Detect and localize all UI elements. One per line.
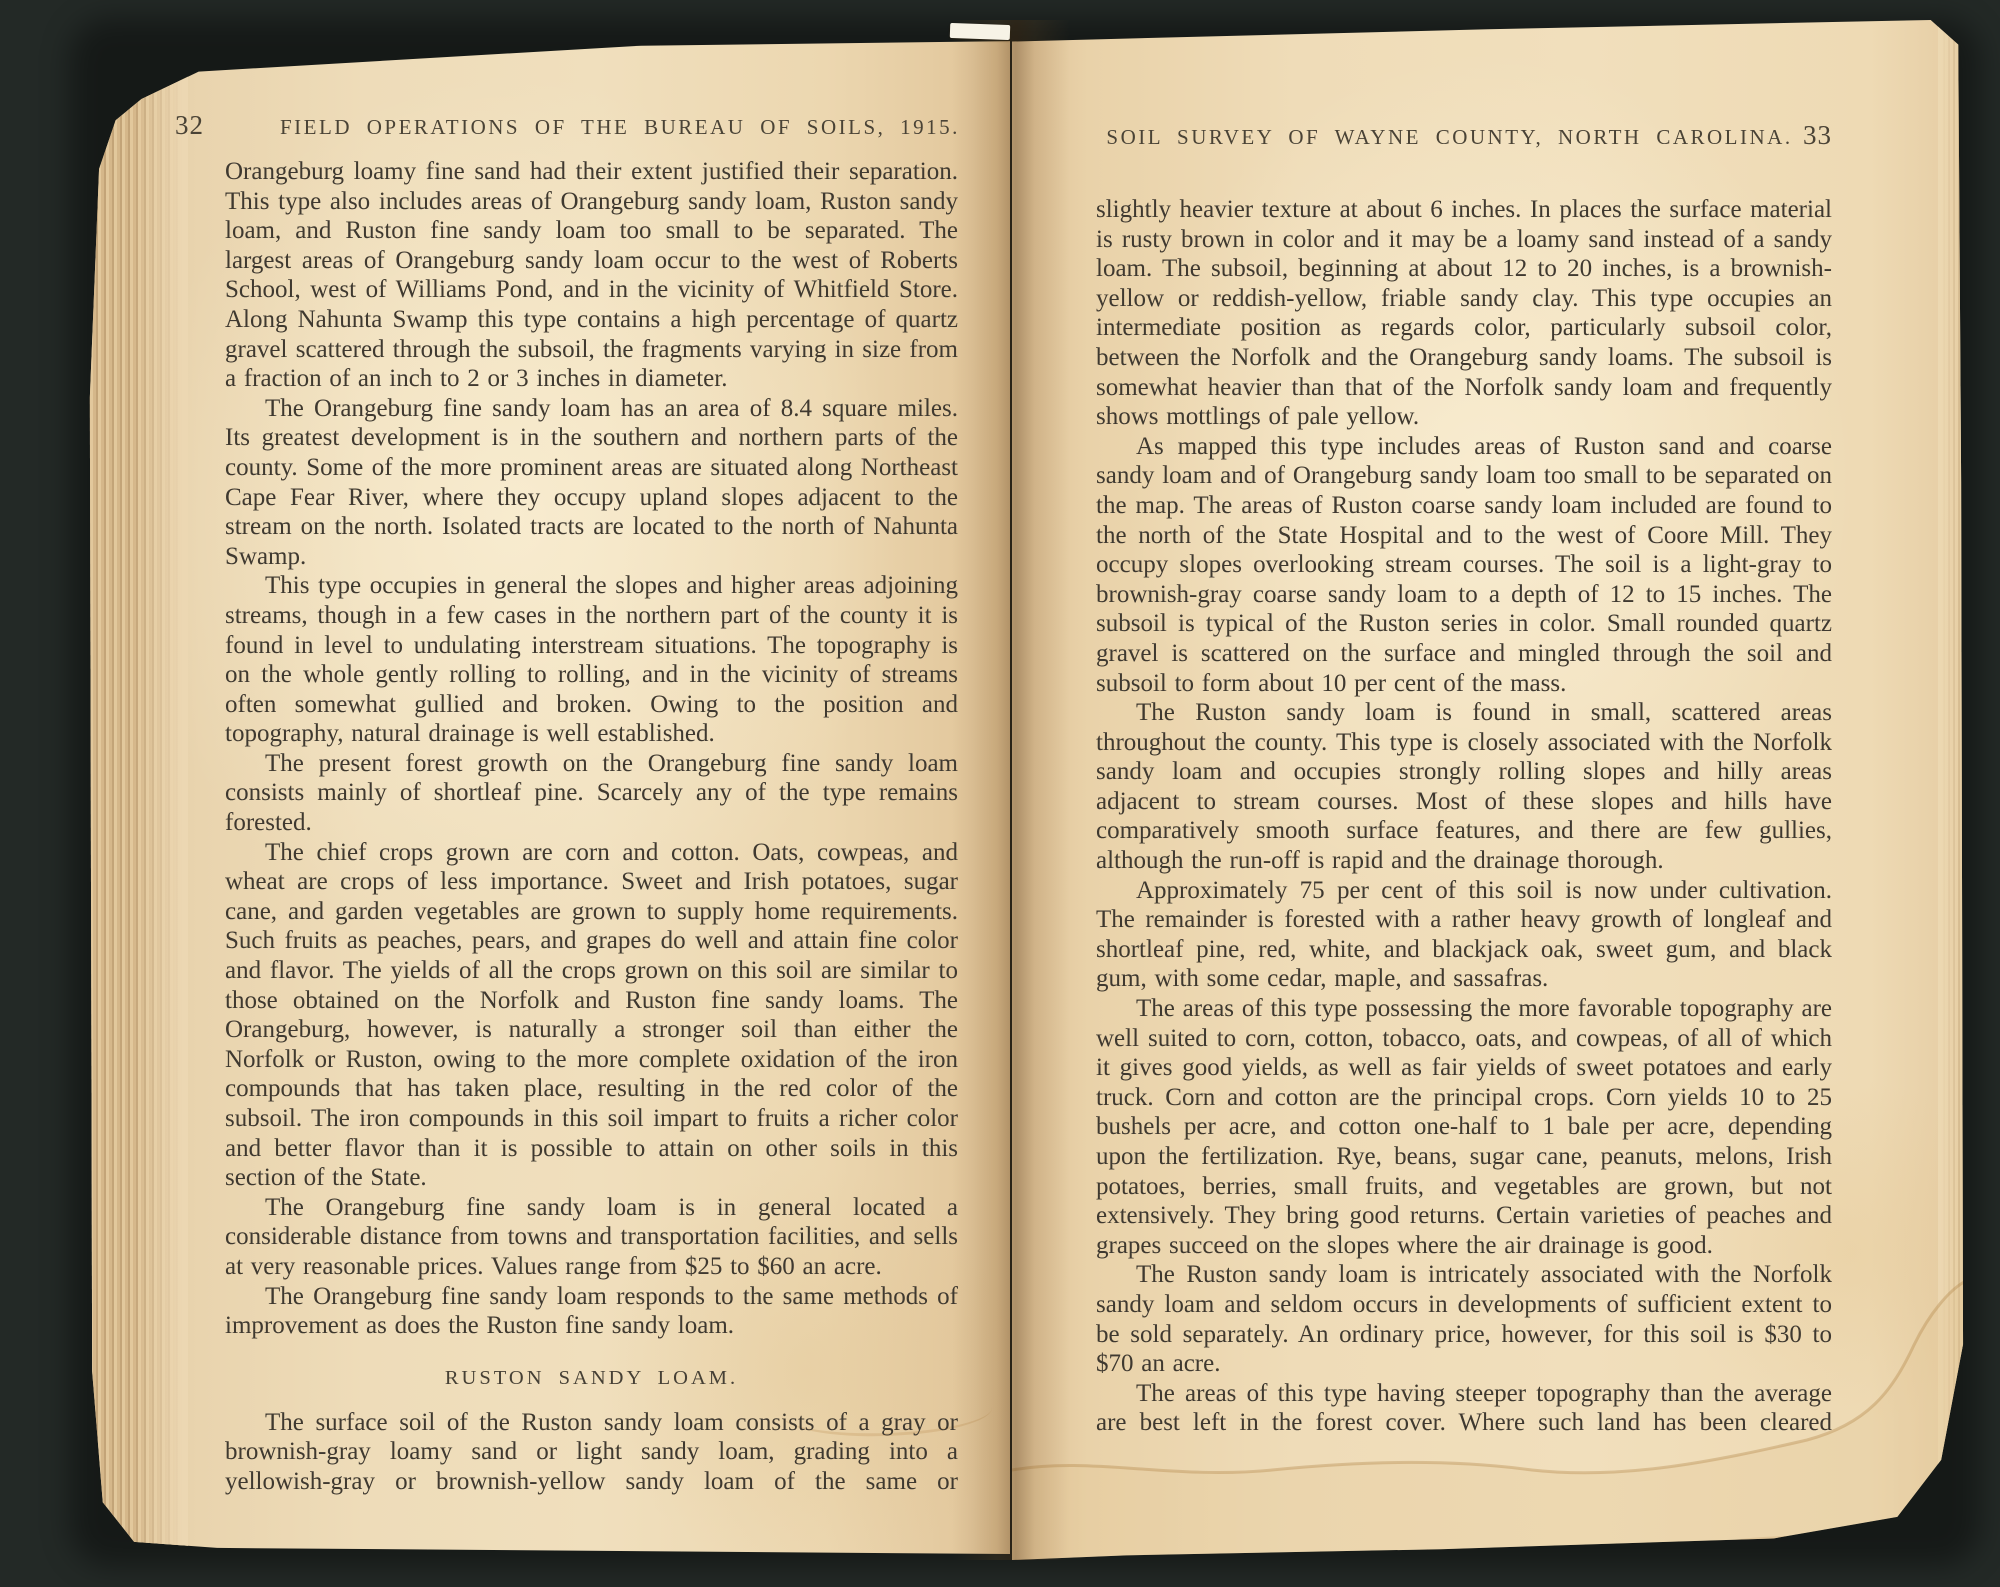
left-page-number: 32 xyxy=(175,110,204,141)
left-page-body: Orangeburg loamy fine sand had their ext… xyxy=(225,157,958,1497)
right-running-head: SOIL SURVEY OF WAYNE COUNTY, NORTH CAROL… xyxy=(1096,120,1832,151)
paragraph: The areas of this type possessing the mo… xyxy=(1096,994,1832,1260)
right-running-title: SOIL SURVEY OF WAYNE COUNTY, NORTH CAROL… xyxy=(1096,125,1803,150)
paragraph: slightly heavier texture at about 6 inch… xyxy=(1096,195,1832,432)
paragraph: The present forest growth on the Orangeb… xyxy=(225,749,958,838)
right-page-body: slightly heavier texture at about 6 inch… xyxy=(1096,195,1832,1438)
right-page-number: 33 xyxy=(1803,120,1832,151)
paragraph: As mapped this type includes areas of Ru… xyxy=(1096,432,1832,698)
paragraph: Orangeburg loamy fine sand had their ext… xyxy=(225,157,958,394)
paragraph: The Ruston sandy loam is found in small,… xyxy=(1096,698,1832,876)
gutter-paper-sliver xyxy=(950,23,1010,40)
paragraph: The chief crops grown are corn and cotto… xyxy=(225,838,958,1193)
book-page-left: 32 FIELD OPERATIONS OF THE BUREAU OF SOI… xyxy=(88,32,1010,1554)
paragraph: The Ruston sandy loam is intricately ass… xyxy=(1096,1260,1832,1378)
right-page-content: SOIL SURVEY OF WAYNE COUNTY, NORTH CAROL… xyxy=(1096,120,1832,1438)
left-running-title: FIELD OPERATIONS OF THE BUREAU OF SOILS,… xyxy=(280,115,960,140)
paragraph: The Orangeburg fine sandy loam is in gen… xyxy=(225,1193,958,1282)
left-running-head: 32 FIELD OPERATIONS OF THE BUREAU OF SOI… xyxy=(225,110,958,141)
paragraph: Approximately 75 per cent of this soil i… xyxy=(1096,876,1832,994)
book-page-right: SOIL SURVEY OF WAYNE COUNTY, NORTH CAROL… xyxy=(1012,20,1964,1560)
paragraph: The surface soil of the Ruston sandy loa… xyxy=(225,1408,958,1497)
paragraph: The Orangeburg fine sandy loam responds … xyxy=(225,1282,958,1341)
left-page-content: 32 FIELD OPERATIONS OF THE BUREAU OF SOI… xyxy=(225,110,958,1497)
page-stack-edge-left xyxy=(88,32,188,1554)
paragraph: This type occupies in general the slopes… xyxy=(225,571,958,749)
paragraph: The areas of this type having steeper to… xyxy=(1096,1379,1832,1438)
paragraph: The Orangeburg fine sandy loam has an ar… xyxy=(225,394,958,572)
section-heading: RUSTON SANDY LOAM. xyxy=(225,1367,958,1390)
